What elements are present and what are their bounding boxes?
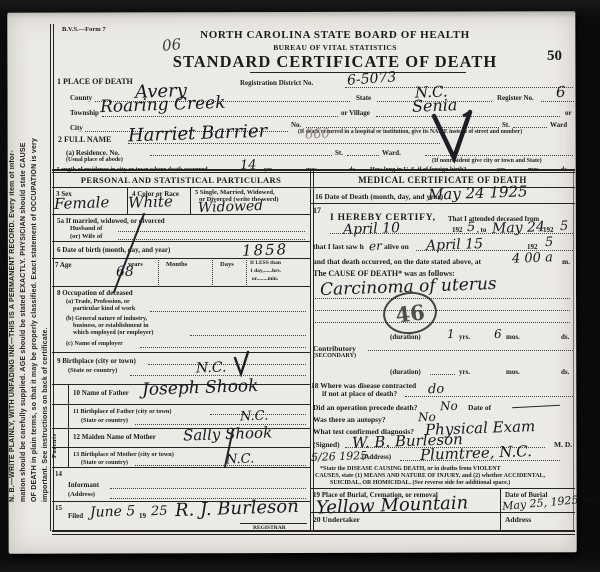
ds-label: ds. (349, 166, 356, 173)
residence-length-value: 14 (240, 158, 257, 174)
color-race-value: White (128, 192, 173, 212)
age-less-label3: or........min. (252, 276, 278, 282)
or-label: or (565, 109, 572, 117)
form-number: B.V.S.—Form 7 (62, 26, 106, 33)
pencil-annotation: 660 (305, 127, 330, 143)
dotted-leader (541, 101, 574, 102)
certificate-title: STANDARD CERTIFICATE OF DEATH (140, 52, 530, 72)
to-label: , to (477, 226, 486, 234)
disease-contracted-label2: if not at place of death? (322, 389, 397, 398)
street-no-label: No. (291, 121, 301, 129)
township-label: Township (70, 109, 99, 117)
birth-date-value: 1858 (242, 240, 289, 260)
cell-divider-dotted (158, 258, 159, 285)
year-print: 192 (543, 226, 554, 234)
parents-bracket-label: Parents (51, 392, 58, 458)
sex-value: Female (54, 193, 110, 213)
full-name-label: 2 FULL NAME (58, 135, 111, 144)
undertaker-address-label: Address (505, 515, 531, 524)
rule-bottom (52, 530, 575, 532)
marital-label: 5 Single, Married, Widowed, (195, 189, 275, 196)
ds-label: ds. (561, 333, 569, 341)
registrar-signature: R. J. Burleson (175, 496, 299, 521)
rule (52, 404, 310, 405)
yrs-label: yrs. (497, 166, 507, 173)
residence-st-label: St. (335, 149, 343, 157)
margin-line: OF DEATH in plain terms, so that it may … (29, 86, 40, 502)
sign-date-value: 5/26 1925 (311, 449, 368, 464)
husband-of-label: Husband of (70, 225, 102, 232)
rule (52, 447, 310, 448)
rule (310, 488, 575, 489)
occupation-c: (c) Name of employer (66, 340, 123, 347)
st-label: St. (502, 121, 510, 129)
registration-district-label: Registration District No. (240, 79, 313, 87)
ds-label: ds. (561, 368, 569, 376)
bureau-subtitle: BUREAU OF VITAL STATISTICS (175, 43, 495, 52)
informant-number: 14 (55, 470, 62, 478)
certify-number: 17 (313, 206, 321, 215)
ds-label: ds. (561, 166, 568, 173)
column-divider (310, 169, 311, 530)
mos-label: mos. (306, 166, 318, 173)
duration-years-value: 1 (447, 327, 455, 341)
father-name-value: Joseph Shook (142, 376, 259, 400)
place-of-death-label: 1 PLACE OF DEATH (57, 77, 133, 86)
dotted-leader (368, 350, 573, 351)
state-label: State (356, 94, 371, 102)
registrar-label: REGISTRAR (253, 525, 286, 531)
occupation-b3: which employed (or employer) (73, 329, 153, 336)
filed-label: Filed (68, 512, 83, 520)
occupation-a2: particular kind of work (73, 305, 135, 312)
address-label: (Address) (362, 453, 391, 461)
rule (52, 286, 310, 287)
secondary-label: (SECONDARY) (313, 352, 356, 359)
personal-section-header: PERSONAL AND STATISTICAL PARTICULARS (52, 175, 310, 185)
rule (52, 258, 310, 259)
attended-to-year: 5 (560, 219, 569, 234)
operation-date-label: Date of (468, 403, 491, 412)
dotted-leader (135, 465, 306, 466)
yrs-label: yrs. (459, 368, 470, 376)
dotted-leader (430, 374, 455, 375)
cell-divider-dotted (246, 258, 247, 285)
dotted-leader (513, 127, 547, 128)
filed-year-prefix: 19 (139, 512, 146, 520)
death-time-value: 4 00 a (512, 250, 553, 266)
dotted-leader (102, 116, 338, 117)
signature-line (240, 523, 307, 524)
rule (52, 467, 310, 468)
occupation-label: 8 Occupation of deceased (57, 289, 133, 297)
rule-bottom-inner (52, 534, 575, 535)
last-saw-her: er (369, 239, 382, 253)
age-label: 7 Age (55, 261, 72, 269)
year-print: 192 (527, 243, 538, 251)
residence-label: (a) Residence. No. (66, 149, 120, 157)
footnote-line3: SUICIDAL, OR HOMICIDAL. (See reverse sid… (330, 480, 510, 486)
mos-label: mos. (506, 333, 520, 341)
register-no-value: 6 (556, 83, 566, 101)
undertaker-label: 20 Undertaker (313, 515, 360, 524)
cell-divider (190, 187, 191, 214)
burial-divider (500, 488, 501, 530)
yrs-label: yrs. (264, 166, 274, 173)
checkmark-small (233, 350, 251, 376)
form-right-border (573, 169, 574, 531)
filed-year-value: 25 (151, 504, 168, 520)
footnote-line2: CAUSES, state (1) MEANS AND NATURE OF IN… (315, 473, 545, 479)
dotted-leader (190, 335, 306, 336)
death-date-value: May 24 1925 (428, 182, 528, 203)
age-less-label2: 1 day,......hrs. (250, 268, 281, 274)
registration-district-value: 6-5073 (347, 69, 397, 88)
wife-of-label: (or) Wife of (70, 233, 102, 240)
dotted-leader (118, 231, 305, 232)
operation-value: No (440, 399, 458, 414)
dotted-leader (315, 310, 570, 311)
certificate-number: 50 (547, 48, 562, 65)
dotted-leader (347, 155, 379, 156)
informant-address-label: (Address) (68, 491, 95, 498)
death-date-label: 16 Date of Death (month, day, and year) (315, 192, 443, 201)
age-days-label: Days (220, 261, 234, 268)
city-label: City (70, 124, 83, 132)
last-seen-year: 5 (545, 235, 554, 250)
autopsy-label: Was there an autopsy? (313, 415, 386, 424)
father-name-label: 10 Name of Father (73, 389, 129, 397)
attended-from-year: 5 (467, 220, 476, 235)
medical-section-header: MEDICAL CERTIFICATE OF DEATH (310, 175, 575, 185)
mos-label: mos. (528, 166, 540, 173)
occupation-a1: (a) Trade, Profession, or (66, 298, 130, 305)
mother-name-value: Sally Shook (183, 423, 273, 444)
mos-label: mos. (506, 368, 520, 376)
rule (52, 214, 310, 215)
duration-months-value: 6 (494, 327, 502, 341)
duration-label: (duration) (390, 368, 421, 376)
duration-label: (duration) (390, 333, 421, 341)
dotted-leader (148, 364, 306, 365)
md-label: M. D. (554, 440, 572, 449)
scanned-death-certificate: N. B.—WRITE PLAINLY, WITH UNFADING INK—T… (0, 0, 600, 572)
attended-to-value: May 24 (492, 219, 545, 237)
operation-label: Did an operation precede death? (313, 403, 417, 412)
dotted-leader (150, 311, 306, 312)
disease-contracted-value: do (428, 382, 445, 398)
mother-birthplace-label: 13 Birthplace of Mother (city or town) (73, 451, 174, 458)
cell-divider-dotted (212, 258, 213, 285)
parents-divider (68, 384, 69, 467)
margin-line: mation should be carefully supplied. AGE… (18, 86, 29, 502)
age-less-label1: If LESS than (250, 260, 281, 266)
rule (310, 203, 575, 204)
age-months-label: Months (166, 261, 187, 268)
filed-date-value: June 5 (90, 503, 136, 521)
year-print: 192 (452, 226, 463, 234)
dotted-leader (345, 87, 573, 88)
mother-birthplace-value: N.C. (226, 452, 255, 468)
rule (52, 352, 310, 353)
residence-length-label: Length of residence in city or town wher… (57, 166, 208, 173)
informant-label: Informant (68, 481, 99, 489)
dotted-leader (315, 298, 570, 299)
father-birthplace-label: 11 Birthplace of Father (city or town) (73, 408, 171, 415)
ward-label: Ward (550, 121, 567, 129)
birthplace-label: 9 Birthplace (city or town) (57, 357, 136, 365)
last-saw-label-a: that I last saw h (313, 242, 364, 251)
county-label: County (70, 94, 92, 102)
village-label: or Village (341, 109, 370, 117)
abode-note: (Usual place of abode) (66, 157, 123, 163)
occupation-b2: business, or establishment in (73, 322, 149, 329)
margin-line: N. B.—WRITE PLAINLY, WITH UNFADING INK—T… (7, 86, 18, 502)
mother-birthplace-sub: (State or country) (81, 459, 128, 466)
rule (310, 512, 575, 513)
m-label: m. (562, 257, 570, 266)
mother-name-label: 12 Maiden Name of Mother (73, 433, 156, 441)
birthplace-sub-label: (State or country) (68, 367, 117, 374)
register-no-label: Register No. (497, 94, 534, 102)
birth-date-label: 6 Date of birth (month, day, and year) (57, 246, 170, 254)
signed-label: (Signed) (313, 440, 340, 449)
last-saw-label-b: alive on (384, 242, 409, 251)
dotted-leader (110, 488, 306, 489)
dotted-leader (315, 322, 570, 323)
how-long-us-label: How long in U. S. if of foreign birth? (370, 166, 467, 173)
father-birthplace-value: N.C. (240, 409, 269, 425)
occupation-b1: (b) General nature of industry, (66, 315, 147, 322)
dotted-leader (140, 347, 306, 348)
filed-number: 15 (55, 504, 62, 512)
checkmark-mark (430, 110, 476, 162)
attended-from-value: April 10 (343, 220, 401, 238)
last-seen-value: April 15 (426, 236, 484, 254)
marital-detail-label: 5a If married, widowed, or divorced (57, 217, 165, 225)
residence-ward-label: Ward. (382, 149, 401, 157)
hospital-note: (If death occurred in a hospital or inst… (298, 129, 522, 135)
margin-instructions: N. B.—WRITE PLAINLY, WITH UNFADING INK—T… (7, 86, 51, 502)
death-occurred-label: and that death occurred, on the date sta… (313, 257, 481, 266)
father-birthplace-sub: (State or country) (81, 417, 128, 424)
board-title: NORTH CAROLINA STATE BOARD OF HEALTH (175, 29, 495, 41)
dotted-leader (150, 155, 332, 156)
footnote-line1: *State the DISEASE CAUSING DEATH, or in … (320, 466, 501, 472)
yrs-label: yrs. (459, 333, 470, 341)
birthplace-value: N.C. (196, 359, 227, 376)
